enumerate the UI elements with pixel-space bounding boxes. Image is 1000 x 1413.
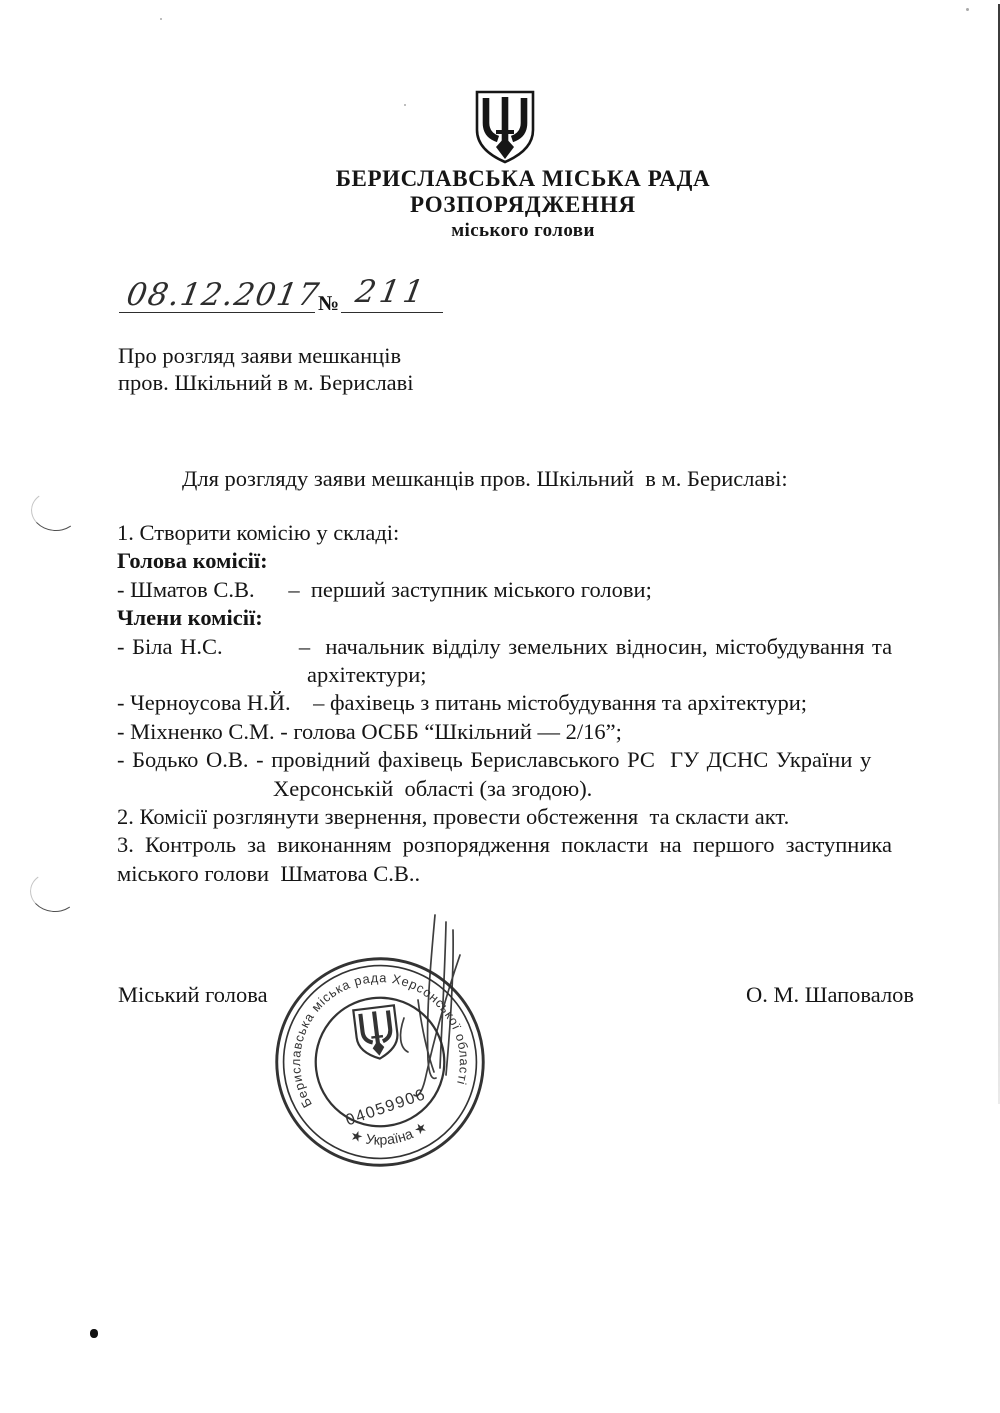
subject-line-2: пров. Шкільний в м. Бериславі <box>118 370 414 397</box>
hole-punch-mark <box>29 489 81 534</box>
number-sign: № <box>318 291 339 316</box>
subject-block: Про розгляд заяви мешканців пров. Шкільн… <box>118 343 414 396</box>
body-line: - Шматов С.В. – перший заступник міськог… <box>117 576 931 604</box>
body-line: Члени комісії: <box>117 604 931 632</box>
body-line: - Черноусова Н.Й. – фахівець з питань мі… <box>117 689 931 717</box>
body-line: - Бодько О.В. - провідний фахівець Берис… <box>117 746 931 774</box>
document-issuer: міського голови <box>46 220 1000 242</box>
intro-text: Для розгляду заяви мешканців пров. Шкіль… <box>182 466 788 491</box>
handwritten-date: 08.12.2017 <box>124 277 323 313</box>
intro-paragraph: Для розгляду заяви мешканців пров. Шкіль… <box>118 466 930 492</box>
scan-speck <box>966 8 969 11</box>
scanned-document-page: БЕРИСЛАВСЬКА МІСЬКА РАДА РОЗПОРЯДЖЕННЯ м… <box>0 0 1000 1413</box>
order-body: 1. Створити комісію у складі: Голова ком… <box>117 519 931 888</box>
scan-artifact-dot <box>90 1329 98 1338</box>
scan-speck <box>404 104 406 106</box>
body-line: архітектури; <box>117 661 931 689</box>
body-line: - Біла Н.С. – начальник відділу земельни… <box>117 633 931 661</box>
body-line: 1. Створити комісію у складі: <box>117 519 931 547</box>
number-underline <box>341 312 443 313</box>
handwritten-number: 211 <box>353 274 431 310</box>
handwritten-signature <box>388 905 480 1105</box>
coat-of-arms-icon <box>468 88 542 166</box>
body-line: Херсонській області (за згодою). <box>117 775 931 803</box>
body-line: міського голови Шматова С.В.. <box>117 860 931 888</box>
body-line: - Міхненко С.М. - голова ОСББ “Шкільний … <box>117 718 931 746</box>
body-line: 3. Контроль за виконанням розпорядження … <box>117 831 931 859</box>
signatory-name: О. М. Шаповалов <box>746 982 914 1008</box>
date-underline <box>119 312 315 313</box>
scan-speck <box>160 18 162 20</box>
subject-line-1: Про розгляд заяви мешканців <box>118 343 414 370</box>
document-type-title: РОЗПОРЯДЖЕННЯ <box>46 192 1000 218</box>
organization-name: БЕРИСЛАВСЬКА МІСЬКА РАДА <box>46 166 1000 192</box>
signatory-title: Міський голова <box>118 982 268 1008</box>
body-line: Голова комісії: <box>117 547 931 575</box>
body-line: 2. Комісії розглянути звернення, провест… <box>117 803 931 831</box>
hole-punch-mark <box>28 870 80 915</box>
